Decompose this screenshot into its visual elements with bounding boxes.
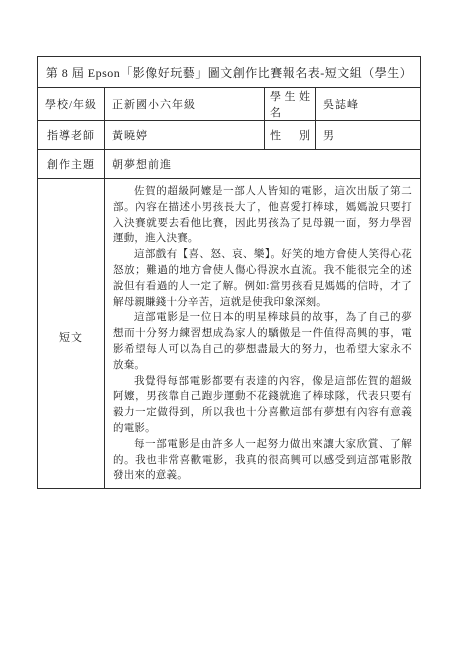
title-row: 第 8 屆 Epson「影像好玩藝」圖文創作比賽報名表-短文組（學生） — [38, 57, 421, 88]
theme-value: 朝夢想前進 — [105, 150, 421, 179]
teacher-value: 黃曉婷 — [105, 121, 265, 150]
scanned-entry-form-page: 第 8 屆 Epson「影像好玩藝」圖文創作比賽報名表-短文組（學生） 學校/年… — [0, 0, 458, 648]
essay-paragraph-5: 每一部電影是由許多人一起努力做出來讓大家欣賞、了解的。我也非常喜歡電影，我真的很… — [113, 437, 412, 484]
theme-label: 創作主題 — [38, 150, 105, 179]
student-name-value: 吳誌峰 — [316, 88, 421, 121]
teacher-label: 指導老師 — [38, 121, 105, 150]
theme-row: 創作主題 朝夢想前進 — [38, 150, 421, 179]
form-title: 第 8 屆 Epson「影像好玩藝」圖文創作比賽報名表-短文組（學生） — [38, 57, 421, 88]
essay-label: 短文 — [38, 179, 105, 489]
school-grade-label: 學校/年級 — [38, 88, 105, 121]
school-student-row: 學校/年級 正新國小六年級 學生姓名 吳誌峰 — [38, 88, 421, 121]
gender-label: 性別 — [265, 121, 316, 150]
entry-form-table: 第 8 屆 Epson「影像好玩藝」圖文創作比賽報名表-短文組（學生） 學校/年… — [37, 56, 421, 489]
student-name-label: 學生姓名 — [265, 88, 316, 121]
teacher-gender-row: 指導老師 黃曉婷 性別 男 — [38, 121, 421, 150]
essay-paragraph-4: 我覺得每部電影都要有表達的內容，像是這部佐賀的超級阿嬤，男孩靠自己跑步運動不花錢… — [113, 374, 412, 437]
essay-paragraph-1: 佐賀的超級阿嬤是一部人人皆知的電影，這次出版了第二部。內容在描述小男孩長大了，他… — [113, 184, 412, 247]
gender-value: 男 — [316, 121, 421, 150]
essay-body: 佐賀的超級阿嬤是一部人人皆知的電影，這次出版了第二部。內容在描述小男孩長大了，他… — [105, 179, 421, 489]
essay-paragraph-3: 這部電影是一位日本的明星棒球員的故事，為了自己的夢想而十分努力練習想成為家人的驕… — [113, 310, 412, 373]
essay-row: 短文 佐賀的超級阿嬤是一部人人皆知的電影，這次出版了第二部。內容在描述小男孩長大… — [38, 179, 421, 489]
school-grade-value: 正新國小六年級 — [105, 88, 265, 121]
essay-paragraph-2: 這部戲有【喜、怒、哀、樂】。好笑的地方會使人笑得心花怒放；難過的地方會使人傷心得… — [113, 247, 412, 310]
